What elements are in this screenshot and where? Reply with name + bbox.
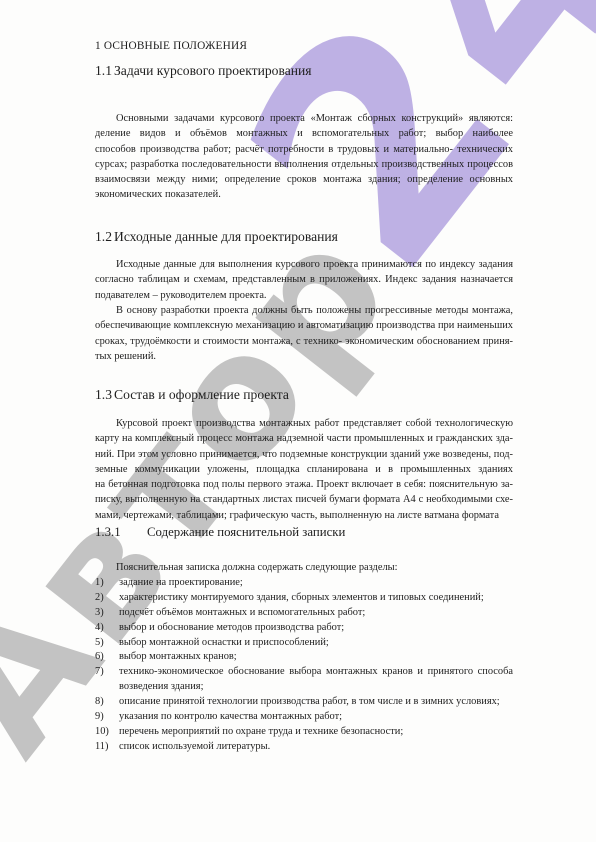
list-item-text: описание принятой технологии производств…	[119, 695, 513, 710]
section-title: Исходные данные для проектирования	[114, 229, 338, 244]
list-item: 4)выбор и обоснование методов производст…	[95, 621, 513, 636]
list-item: 9)указания по контролю качества монтажны…	[95, 710, 513, 725]
text-line: земные коммуникации уложены, площадка сп…	[95, 462, 513, 477]
list-item: 3)подсчёт объёмов монтажных и вспомогате…	[95, 606, 513, 621]
list-item-text: перечень мероприятий по охране труда и т…	[119, 725, 513, 740]
section-title: Состав и оформление проекта	[114, 387, 289, 402]
section-heading-1-1: 1.1Задачи курсового проектирования	[95, 63, 513, 79]
list-marker: 5)	[95, 636, 119, 651]
list-item-text: выбор монтажной оснастки и приспособлени…	[119, 636, 513, 651]
text-line: Исходные данные для выполнения курсового…	[95, 257, 513, 272]
section-title: Задачи курсового проектирования	[114, 63, 312, 78]
list-marker: 7)	[95, 665, 119, 680]
paragraph: Основными задачами курсового проекта «Мо…	[95, 111, 513, 203]
text-line: сурсах; разработка последовательности вы…	[95, 157, 513, 172]
page-content: 1 ОСНОВНЫЕ ПОЛОЖЕНИЯ 1.1Задачи курсового…	[95, 0, 513, 842]
section-heading-1-3: 1.3Состав и оформление проекта	[95, 387, 513, 403]
list-item-text: подсчёт объёмов монтажных и вспомогатель…	[119, 606, 513, 621]
numbered-list: 1)задание на проектирование;2)характерис…	[95, 576, 513, 755]
list-marker: 11)	[95, 740, 119, 755]
list-item: 8)описание принятой технологии производс…	[95, 695, 513, 710]
chapter-heading: 1 ОСНОВНЫЕ ПОЛОЖЕНИЯ	[95, 40, 513, 52]
list-item-text: указания по контролю качества монтажных …	[119, 710, 513, 725]
list-marker: 2)	[95, 591, 119, 606]
paragraph: В основу разработки проекта должны быть …	[95, 303, 513, 364]
list-item: 7)технико-экономическое обоснование выбо…	[95, 665, 513, 680]
list-item-text: характеристику монтируемого здания, сбор…	[119, 591, 513, 606]
paragraph: Исходные данные для выполнения курсового…	[95, 257, 513, 303]
text-line: мами, чертежами, таблицами; графическую …	[95, 508, 513, 523]
list-item: 11)список используемой литературы.	[95, 740, 513, 755]
text-line: подавателем – руководителем проекта.	[95, 288, 513, 303]
text-line: на бетонная подготовка под полы первого …	[95, 477, 513, 492]
text-line: обеспечивающие комплексную механизацию и…	[95, 318, 513, 333]
paragraph: Курсовой проект производства монтажных р…	[95, 416, 513, 523]
text-line: карту на комплексный процесс монтажа над…	[95, 431, 513, 446]
list-marker: 1)	[95, 576, 119, 591]
text-line: способов производства работ; расчёт потр…	[95, 142, 513, 157]
subsection-title: Содержание пояснительной записки	[147, 525, 345, 539]
section-number: 1.2	[95, 229, 112, 244]
text-line: ний. При этом условно принимается, что п…	[95, 447, 513, 462]
list-marker: 3)	[95, 606, 119, 621]
subsection-number: 1.3.1	[95, 525, 147, 540]
list-marker: 8)	[95, 695, 119, 710]
text-line: деление видов и объёмов монтажных и вспо…	[95, 126, 513, 141]
section-number: 1.3	[95, 387, 112, 402]
list-item: 5)выбор монтажной оснастки и приспособле…	[95, 636, 513, 651]
subsection-heading-1-3-1: 1.3.1Содержание пояснительной записки	[95, 525, 513, 540]
document-page: Автор24 1 ОСНОВНЫЕ ПОЛОЖЕНИЯ 1.1Задачи к…	[0, 0, 596, 842]
text-line: взаимосвязи между ними; определение срок…	[95, 172, 513, 187]
list-marker: 10)	[95, 725, 119, 740]
text-line: экономических показателей.	[95, 187, 513, 202]
list-item-text: задание на проектирование;	[119, 576, 513, 591]
section-heading-1-2: 1.2Исходные данные для проектирования	[95, 229, 513, 245]
text-line: согласно таблицам и схемам, представленн…	[95, 272, 513, 287]
list-item: 1)задание на проектирование;	[95, 576, 513, 591]
text-line: Основными задачами курсового проекта «Мо…	[95, 111, 513, 126]
list-item-text: список используемой литературы.	[119, 740, 513, 755]
list-item: 2)характеристику монтируемого здания, сб…	[95, 591, 513, 606]
text-line: тых решений.	[95, 349, 513, 364]
list-marker	[95, 680, 119, 695]
section-number: 1.1	[95, 63, 112, 78]
list-item: 10)перечень мероприятий по охране труда …	[95, 725, 513, 740]
list-marker: 4)	[95, 621, 119, 636]
list-item-text: выбор монтажных кранов;	[119, 650, 513, 665]
text-line: сроках, трудоёмкости и стоимости монтажа…	[95, 334, 513, 349]
list-item: 6)выбор монтажных кранов;	[95, 650, 513, 665]
list-intro: Пояснительная записка должна содержать с…	[95, 560, 513, 575]
list-item-text: технико-экономическое обоснование выбора…	[119, 665, 513, 680]
text-line: В основу разработки проекта должны быть …	[95, 303, 513, 318]
text-line: Пояснительная записка должна содержать с…	[95, 560, 513, 575]
text-line: Курсовой проект производства монтажных р…	[95, 416, 513, 431]
list-item-text: выбор и обоснование методов производства…	[119, 621, 513, 636]
list-marker: 6)	[95, 650, 119, 665]
list-marker: 9)	[95, 710, 119, 725]
text-line: писку, выполненную на стандартных листах…	[95, 492, 513, 507]
list-item-text: возведения здания;	[119, 680, 513, 695]
list-item: возведения здания;	[95, 680, 513, 695]
